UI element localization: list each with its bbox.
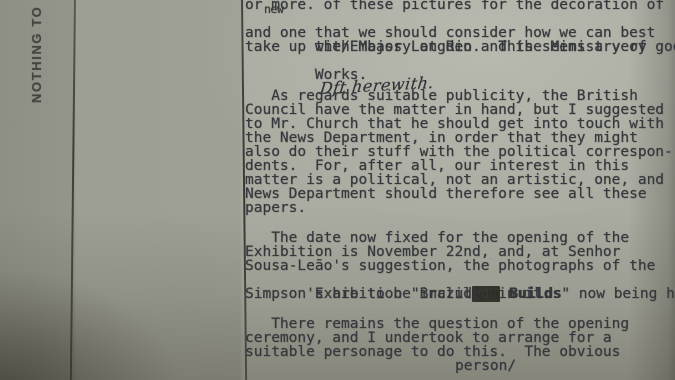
catchword-line: person/ <box>245 359 675 373</box>
typed-insertion-new: new <box>264 4 283 14</box>
paragraph-embassy-pictures: or more. of these pictures for the decor… <box>245 0 675 68</box>
paragraph-publicity: As regards suitable publicity, the Briti… <box>245 89 675 215</box>
typed-line: Simpson's are to be included in it. <box>245 287 675 301</box>
page-fold-line <box>70 0 76 380</box>
typed-line: also do their stuff with the political c… <box>245 145 675 159</box>
typed-line: The date now fixed for the opening of th… <box>245 231 675 245</box>
typed-line: There remains the question of the openin… <box>245 317 675 331</box>
typed-line: or more. of these pictures for the decor… <box>245 0 675 12</box>
typed-line: to Mr. Church that he should get into to… <box>245 117 675 131</box>
typed-line: dents. For, after all, our interest in t… <box>245 159 675 173</box>
typed-line: new the/Embassy at Rio. This seems a ver… <box>245 12 675 26</box>
typed-line: As regards suitable publicity, the Briti… <box>245 89 675 103</box>
typed-line: matter is a political, not an artistic, … <box>245 173 675 187</box>
typed-line: suitable personage to do this. The obvio… <box>245 345 675 359</box>
typed-line: News Department should therefore see all… <box>245 187 675 201</box>
typed-line: Sousa-Leão's suggestion, the photographs… <box>245 259 675 273</box>
typed-line: Exhibition "Brazilian Builds" now being … <box>245 273 675 287</box>
typed-line: ceremony, and I undertook to arrange for… <box>245 331 675 345</box>
typed-letter-body: or more. of these pictures for the decor… <box>245 0 675 380</box>
document-photo: NOTHING TO or more. of these pictures fo… <box>0 0 675 380</box>
typed-line: and one that we should consider how we c… <box>245 26 675 40</box>
paragraph-exhibition-date: The date now fixed for the opening of th… <box>245 231 675 301</box>
typed-line: Works. Dft herewith. <box>245 54 675 68</box>
typed-line: Exhibition is November 22nd, and, at Sen… <box>245 245 675 259</box>
typed-line: the News Department, in order that they … <box>245 131 675 145</box>
typed-line: take up with Major Longden and the Minis… <box>245 40 675 54</box>
typed-line: Council have the matter in hand, but I s… <box>245 103 675 117</box>
paragraph-opening-ceremony: There remains the question of the openin… <box>245 317 675 373</box>
typed-line: papers. <box>245 201 675 215</box>
margin-stamp-nothing-to: NOTHING TO <box>29 0 45 103</box>
